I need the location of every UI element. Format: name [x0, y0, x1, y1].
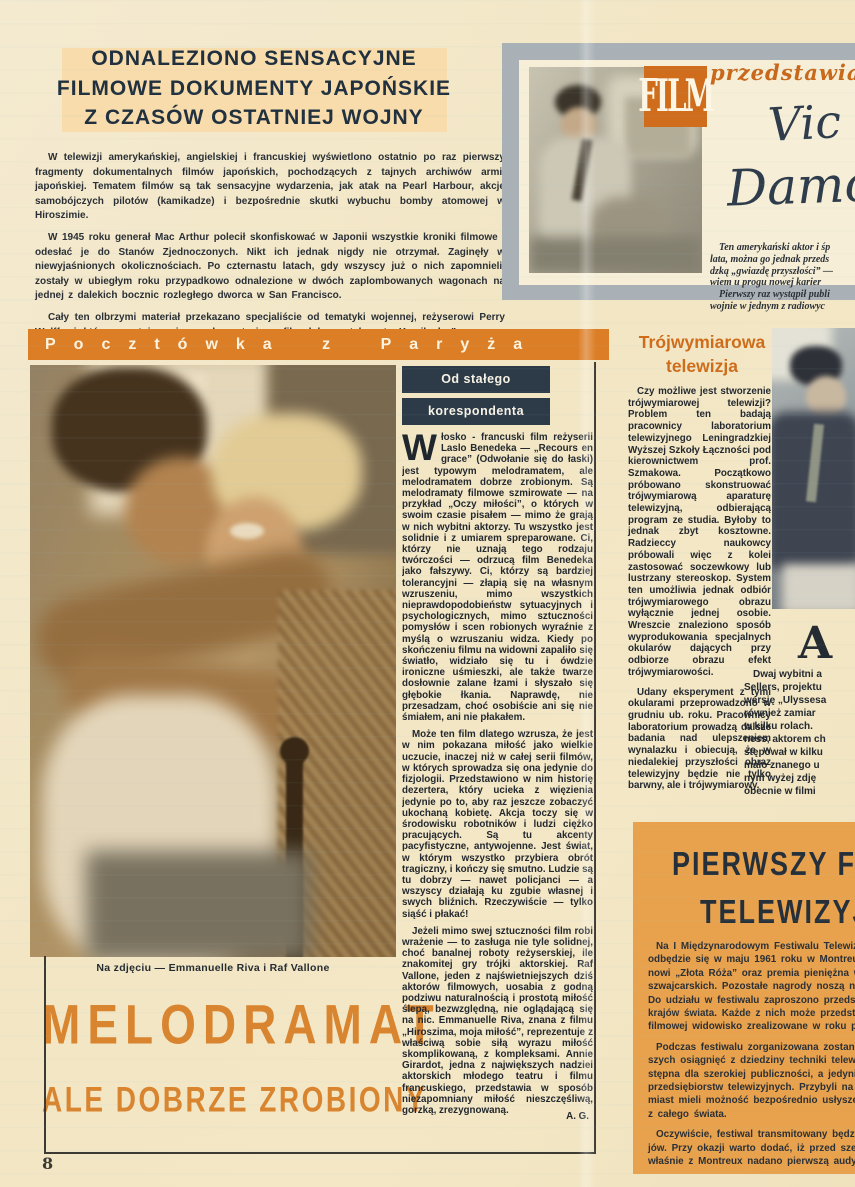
- couple-photo-caption: Na zdjęciu — Emmanuelle Riva i Raf Vallo…: [30, 962, 396, 974]
- article-paragraph: Może ten film dlatego wzrusza, że jest w…: [402, 729, 593, 919]
- dropcap: W: [402, 432, 441, 463]
- headline-line-3: Z CZASÓW OSTATNIEJ WOJNY: [36, 103, 472, 133]
- article-paragraph: Jeżeli mimo swej sztuczności film robi w…: [402, 926, 593, 1116]
- festival-paragraph: Oczywiście, festiwal transmitowany będzi…: [648, 1128, 855, 1168]
- couple-photo: [30, 365, 396, 957]
- presenter-frame-top: [519, 43, 855, 60]
- sellers-line: stępował w kilku: [744, 746, 855, 759]
- headline-line-1: ODNALEZIONO SENSACYJNE: [36, 44, 472, 74]
- festival-line: przedsiębiorstw telewizyjnych. Przybyli …: [648, 1081, 855, 1094]
- column-divider-rule: [594, 362, 596, 1154]
- page-number: 8: [42, 1154, 53, 1173]
- top-article-body: W telewizji amerykańskiej, angielskiej i…: [35, 151, 505, 347]
- top-article-headline: ODNALEZIONO SENSACYJNE FILMOWE DOKUMENTY…: [36, 44, 472, 133]
- festival-line: jów. Przy okazji warto dodać, iż przed s…: [648, 1142, 855, 1155]
- festival-title-line-1: PIERWSZY FES: [672, 845, 855, 884]
- film-magazine-logo: FILM: [644, 66, 707, 127]
- top-article-paragraph: W 1945 roku generał Mac Arthur polecił s…: [35, 231, 505, 304]
- festival-line: filmowej widowisko zrealizowane w roku p…: [648, 1020, 855, 1033]
- caption-line: lata, można go jednak przeds: [710, 254, 855, 266]
- festival-line: szych osiągnięć z dziedziny techniki tel…: [648, 1054, 855, 1067]
- sellers-line: również zamiar: [744, 707, 855, 720]
- article-title-line-1: MELODRAMAT: [42, 992, 378, 1057]
- article-left-rule: [44, 956, 46, 1154]
- tv3d-title-line-2: telewizja: [628, 354, 776, 378]
- presenter-frame-left: [502, 43, 519, 300]
- festival-line: z całego świata.: [648, 1108, 855, 1121]
- presenter-caption: Ten amerykański aktor i śp lata, można g…: [710, 242, 855, 313]
- sellers-line: Sellers, projektu: [744, 681, 855, 694]
- festival-line: miast mieli możność bezpośrednio usłysze…: [648, 1094, 855, 1107]
- presents-label: przedstawia:: [710, 60, 855, 85]
- sellers-line: w kilku rolach.: [744, 720, 855, 733]
- magazine-page: ODNALEZIONO SENSACYJNE FILMOWE DOKUMENTY…: [0, 0, 855, 1187]
- caption-line: Ten amerykański aktor i śp: [710, 242, 855, 254]
- sellers-line: nym wyżej zdję: [744, 772, 855, 785]
- sellers-line: obecnie w filmi: [744, 785, 855, 798]
- kicker-box-2: korespondenta: [402, 398, 550, 425]
- caption-line: Pierwszy raz wystąpił publi: [710, 289, 855, 301]
- celebrity-name-first: Vic: [767, 94, 843, 152]
- festival-line: Oczywiście, festiwal transmitowany będzi…: [648, 1128, 855, 1141]
- festival-paragraph: Na I Międzynarodowym Festiwalu Telewizyj…: [648, 940, 855, 1034]
- sellers-line: wersję „Ulyssesa: [744, 694, 855, 707]
- caption-line: dzką „gwiazdę przyszłości” —: [710, 266, 855, 278]
- sellers-article-lines: Dwaj wybitni a Sellers, projektu wersję …: [744, 668, 855, 798]
- sellers-line: Dwaj wybitni a: [744, 668, 855, 681]
- sellers-line: mało znanego u: [744, 759, 855, 772]
- film-logo-text: FILM: [638, 70, 713, 123]
- celebrity-name-last: Damone: [726, 152, 855, 217]
- sellers-article-initial: A: [798, 618, 832, 669]
- festival-line: nowi „Złota Róża” oraz premia pieniężna …: [648, 967, 855, 980]
- festival-line: stępna dla szerokiej publiczności, a jed…: [648, 1068, 855, 1081]
- tv3d-article-title: Trójwymiarowa telewizja: [628, 330, 776, 378]
- man-at-desk-photo: [772, 328, 855, 609]
- festival-line: Na I Międzynarodowym Festiwalu Telewizyj…: [648, 940, 855, 953]
- festival-article-body: Na I Międzynarodowym Festiwalu Telewizyj…: [648, 940, 855, 1176]
- paragraph-text: łosko - francuski film reżyserii Laslo B…: [402, 432, 593, 723]
- caption-line: wiem u progu nowej karier: [710, 277, 855, 289]
- article-paragraph: Włosko - francuski film reżyserii Laslo …: [402, 432, 593, 723]
- tv3d-paragraph: Czy możliwe jest stworzenie trójwymiarow…: [628, 386, 771, 679]
- festival-line: krajów świata. Każde z nich może przedst…: [648, 1007, 855, 1020]
- festival-line: Do udziału w festiwalu zaproszono przeds…: [648, 994, 855, 1007]
- festival-line: szwajcarskich. Pozostałe nagrody noszą n…: [648, 980, 855, 993]
- festival-line: właśnie z Montreux nadano pierwszą audyc…: [648, 1155, 855, 1168]
- top-article-paragraph: W telewizji amerykańskiej, angielskiej i…: [35, 151, 505, 224]
- festival-paragraph: Podczas festiwalu zorganizowana zostanie…: [648, 1041, 855, 1121]
- festival-title-line-2: TELEWIZYJ: [700, 893, 855, 932]
- article-bottom-rule: [44, 1152, 596, 1154]
- article-title-line-2: ALE DOBRZE ZROBIONY: [42, 1080, 378, 1120]
- article-text-column: Od stałego korespondenta Włosko - francu…: [402, 366, 593, 1154]
- headline-line-2: FILMOWE DOKUMENTY JAPOŃSKIE: [36, 74, 472, 104]
- festival-line: odbędzie się w maju 1961 roku w Montreux…: [648, 953, 855, 966]
- tv3d-title-line-1: Trójwymiarowa: [628, 330, 776, 354]
- section-bar-pocztowka-z-paryza: Pocztówka z Paryża: [28, 329, 609, 360]
- festival-line: Podczas festiwalu zorganizowana zostanie…: [648, 1041, 855, 1054]
- sellers-line: ness, aktorem ch: [744, 733, 855, 746]
- kicker-box-1: Od stałego: [402, 366, 550, 393]
- caption-line: wojnie w jednym z radiowyc: [710, 301, 855, 313]
